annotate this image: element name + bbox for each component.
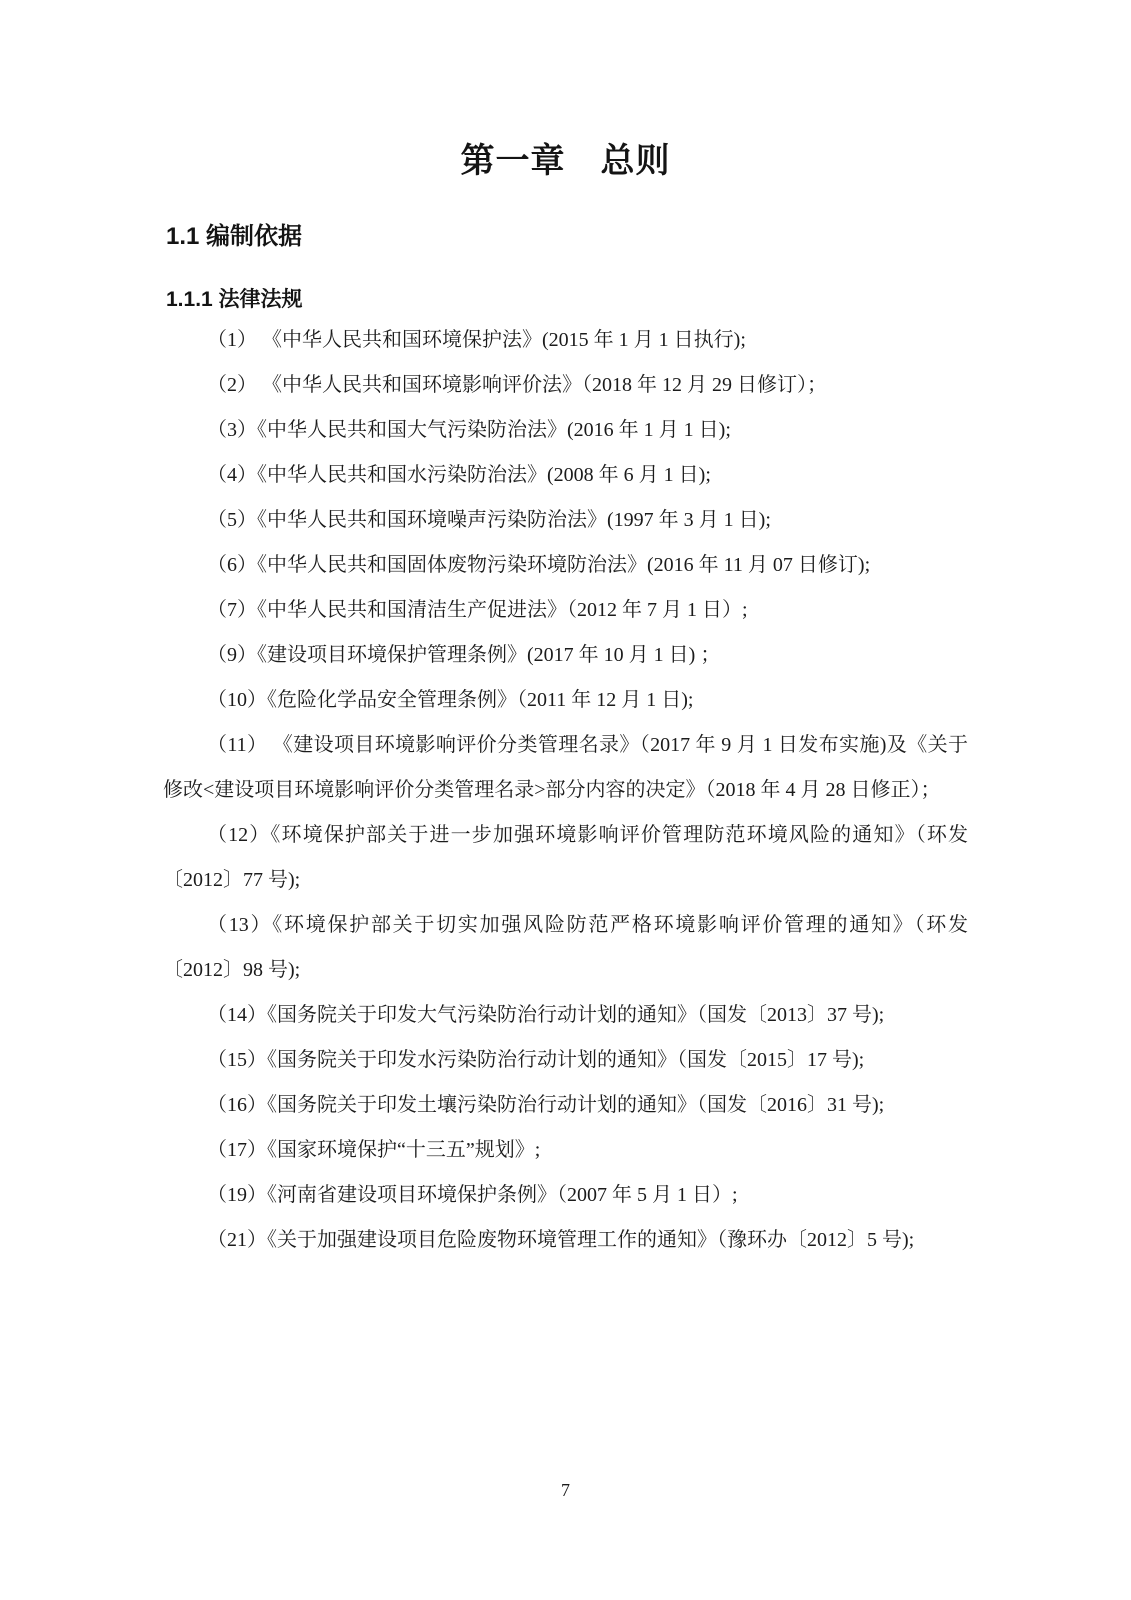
law-item-14: （14）《国务院关于印发大气污染防治行动计划的通知》（国发〔2013〕37 号)… [163,993,968,1038]
legal-basis-list: （1） 《中华人民共和国环境保护法》(2015 年 1 月 1 日执行); （2… [163,318,968,1263]
law-item-15: （15）《国务院关于印发水污染防治行动计划的通知》（国发〔2015〕17 号); [163,1038,968,1083]
chapter-title: 第一章 总则 [0,0,1131,183]
law-item-11: （11） 《建设项目环境影响评价分类管理名录》（2017 年 9 月 1 日发布… [163,723,968,813]
law-item-7: （7）《中华人民共和国清洁生产促进法》（2012 年 7 月 1 日）; [163,588,968,633]
law-item-13: （13）《环境保护部关于切实加强风险防范严格环境影响评价管理的通知》（环发〔20… [163,903,968,993]
law-item-6: （6）《中华人民共和国固体废物污染环境防治法》(2016 年 11 月 07 日… [163,543,968,588]
law-item-4: （4）《中华人民共和国水污染防治法》(2008 年 6 月 1 日); [163,453,968,498]
law-item-10: （10）《危险化学品安全管理条例》（2011 年 12 月 1 日); [163,678,968,723]
page-footer: 7 [0,1480,1131,1501]
subsection-heading-1-1-1: 1.1.1 法律法规 [166,287,1131,312]
law-item-19: （19）《河南省建设项目环境保护条例》（2007 年 5 月 1 日）; [163,1173,968,1218]
law-item-9: （9）《建设项目环境保护管理条例》(2017 年 10 月 1 日) ； [163,633,968,678]
law-item-3: （3）《中华人民共和国大气污染防治法》(2016 年 1 月 1 日); [163,408,968,453]
law-item-17: （17）《国家环境保护“十三五”规划》; [163,1128,968,1173]
page-number: 7 [561,1480,570,1500]
law-item-16: （16）《国务院关于印发土壤污染防治行动计划的通知》（国发〔2016〕31 号)… [163,1083,968,1128]
document-page: 第一章 总则 1.1 编制依据 1.1.1 法律法规 （1） 《中华人民共和国环… [0,0,1131,1600]
law-item-1: （1） 《中华人民共和国环境保护法》(2015 年 1 月 1 日执行); [163,318,968,363]
law-item-21: （21）《关于加强建设项目危险废物环境管理工作的通知》（豫环办〔2012〕5 号… [163,1218,968,1263]
section-heading-1-1: 1.1 编制依据 [166,223,1131,252]
law-item-2: （2） 《中华人民共和国环境影响评价法》（2018 年 12 月 29 日修订）… [163,363,968,408]
law-item-5: （5）《中华人民共和国环境噪声污染防治法》(1997 年 3 月 1 日); [163,498,968,543]
law-item-12: （12）《环境保护部关于进一步加强环境影响评价管理防范环境风险的通知》（环发〔2… [163,813,968,903]
